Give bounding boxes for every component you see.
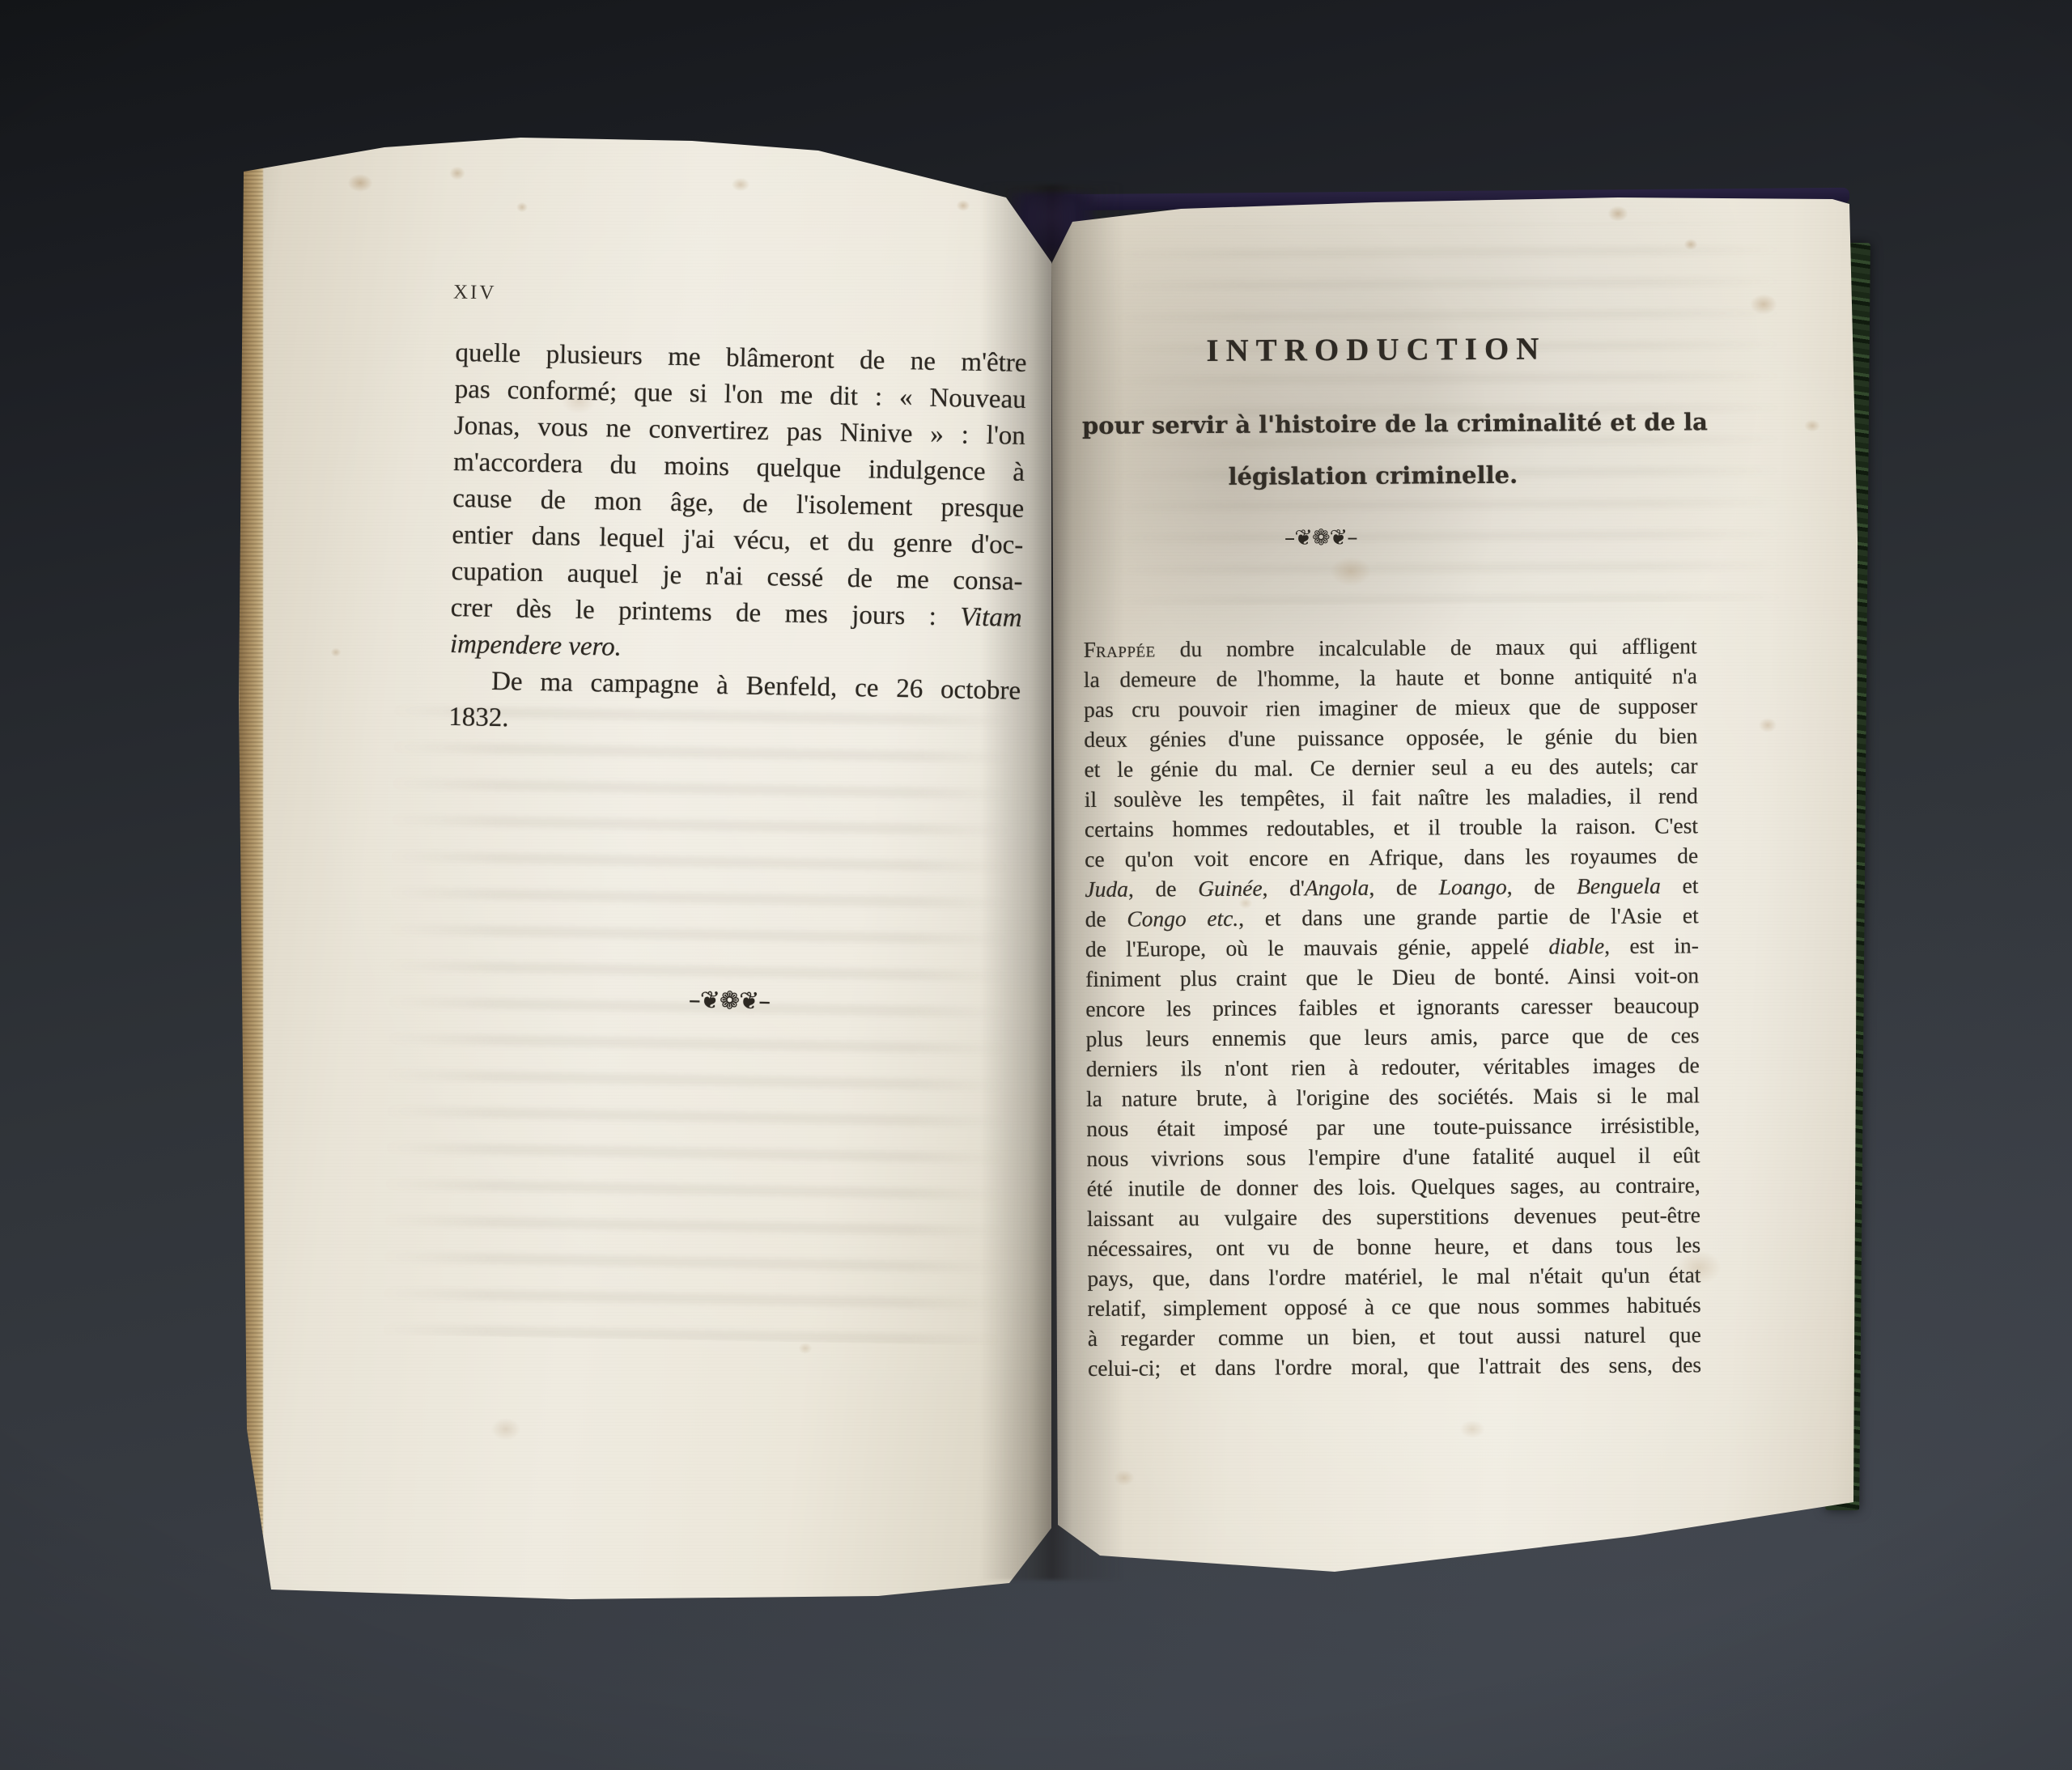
fleuron-ornament: –❦❁❦–: [444, 978, 1016, 1025]
text-line: nécessaires, ont vu de bonne heure, et d…: [1087, 1229, 1700, 1263]
text-line: et le génie du mal. Ce dernier seul a eu…: [1084, 750, 1697, 784]
text-line: certains hommes redoutables, et il troub…: [1085, 810, 1698, 844]
text-line: législation criminelle.: [1082, 448, 1663, 503]
left-page: XIV quelle plusieurs me blâmeront de ne …: [239, 134, 1051, 1601]
text-line: laissant au vulgaire des superstitions d…: [1087, 1199, 1700, 1233]
text-line: relatif, simplement opposé à ce que nous…: [1088, 1289, 1701, 1323]
text-line: ce qu'on voit encore en Afrique, dans le…: [1085, 840, 1698, 874]
introduction-paragraph: Frappée du nombre incalculable de maux q…: [1084, 630, 1702, 1383]
text-line: nous était imposé par une toute-puissanc…: [1086, 1110, 1700, 1144]
text-line: deux génies d'une puissance opposée, le …: [1084, 720, 1697, 754]
text-line: de Congo etc., et dans une grande partie…: [1085, 900, 1699, 934]
text-line: encore les princes faibles et ignorants …: [1085, 990, 1699, 1024]
text-line: pour servir à l'histoire de la criminali…: [1082, 397, 1663, 452]
text-line: Juda, de Guinée, d'Angola, de Loango, de…: [1085, 870, 1698, 904]
fleuron-ornament: –❦❁❦–: [1026, 524, 1616, 552]
text-line: plus leurs ennemis que leurs amis, parce…: [1085, 1020, 1699, 1054]
text-line: finiment plus craint que le Dieu de bont…: [1085, 960, 1699, 994]
text-line: celui-ci; et dans l'ordre moral, que l'a…: [1088, 1349, 1701, 1383]
right-page-text: INTRODUCTION pour servir à l'histoire de…: [1081, 163, 1694, 167]
text-line: pays, que, dans l'ordre matériel, le mal…: [1087, 1259, 1700, 1293]
text-line: été inutile de donner des lois. Quelques…: [1087, 1169, 1700, 1203]
preface-paragraph: quelle plusieurs me blâmeront de ne m'êt…: [448, 335, 1027, 746]
page-edges: [239, 167, 263, 1601]
text-line: la demeure de l'homme, la haute et bonne…: [1084, 660, 1697, 694]
book-photo: XIV quelle plusieurs me blâmeront de ne …: [0, 0, 2072, 1770]
text-line: pas cru pouvoir rien imaginer de mieux q…: [1084, 690, 1697, 724]
folio-number: XIV: [453, 282, 497, 305]
text-line: nous vivrions sous l'empire d'une fatali…: [1086, 1140, 1700, 1174]
text-line: Frappée du nombre incalculable de maux q…: [1084, 630, 1697, 664]
chapter-subtitle: pour servir à l'histoire de la criminali…: [1082, 397, 1664, 503]
right-page: INTRODUCTION pour servir à l'histoire de…: [1051, 167, 1861, 1579]
text-line: il soulève les tempêtes, il fait naître …: [1085, 780, 1698, 814]
chapter-title: INTRODUCTION: [1081, 330, 1671, 370]
text-line: à regarder comme un bien, et tout aussi …: [1088, 1319, 1701, 1353]
text-line: derniers ils n'ont rien à redouter, véri…: [1086, 1050, 1700, 1084]
text-line: la nature brute, à l'origine des société…: [1086, 1080, 1700, 1114]
left-page-text: quelle plusieurs me blâmeront de ne m'êt…: [444, 335, 1027, 1025]
text-line: de l'Europe, où le mauvais génie, appelé…: [1085, 930, 1699, 964]
